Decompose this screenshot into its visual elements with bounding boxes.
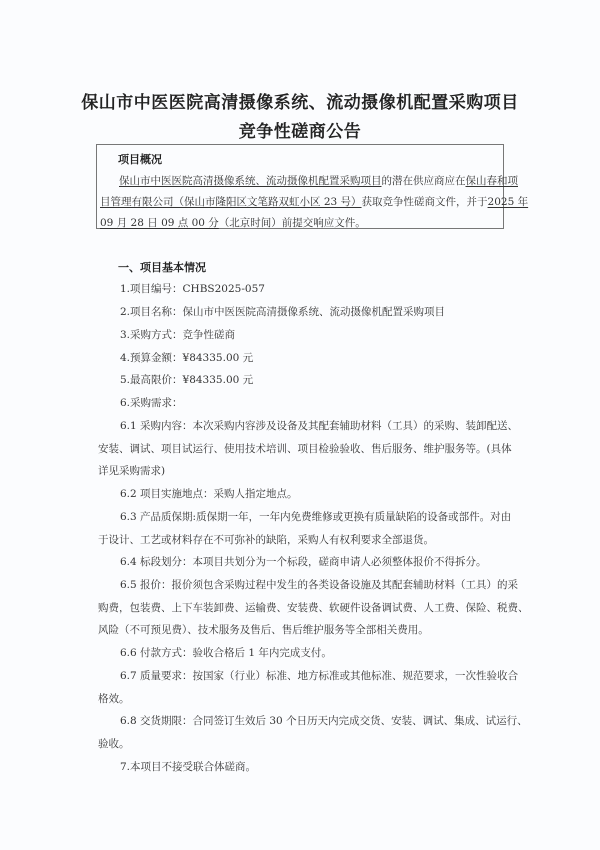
item-project-name: 2.项目名称：保山市中医医院高清摄像系统、流动摄像机配置采购项目 [120,304,445,319]
item-max-price: 5.最高限价：¥84335.00 元 [120,372,253,387]
agency-link: 保山春和项 [466,175,519,187]
req-6-2: 6.2 项目实施地点：采购人指定地点。 [120,486,298,501]
item-budget: 4.预算金额：¥84335.00 元 [120,350,253,365]
deadline-datetime: 09 月 28 日 09 点 00 分 [100,217,219,229]
req-6-5: 6.5 报价：报价须包含采购过程中发生的各类设备设施及其配套辅助材料（工具）的采 [120,577,518,592]
project-overview-box: 项目概况 保山市中医医院高清摄像系统、流动摄像机配置采购项目的潜在供应商应在保山… [96,144,504,229]
item-7: 7.本项目不接受联合体磋商。 [120,759,256,774]
req-6-1: 6.1 采购内容：本次采购内容涉及设备及其配套辅助材料（工具）的采购、装卸配送、 [120,418,518,433]
document-title: 保山市中医医院高清摄像系统、流动摄像机配置采购项目 [0,88,600,113]
overview-line-1: 保山市中医医院高清摄像系统、流动摄像机配置采购项目的潜在供应商应在保山春和项 [119,173,518,188]
item-requirements: 6.采购需求： [120,395,183,410]
req-6-8: 6.8 交货期限：合同签订生效后 30 个日历天内完成交货、安装、调试、集成、试… [120,713,528,728]
agency-address: 目管理有限公司（保山市隆阳区文笔路双虹小区 23 号） [100,196,362,208]
project-name-link: 保山市中医医院高清摄像系统、流动摄像机配置采购项目 [119,175,382,187]
section-heading-basic-info: 一、项目基本情况 [118,259,206,275]
item-procurement-method: 3.采购方式：竞争性磋商 [120,327,235,342]
overview-line-2: 目管理有限公司（保山市隆阳区文笔路双虹小区 23 号）获取竞争性磋商文件，并于2… [100,194,528,209]
deadline-year: 2025 年 [488,196,529,208]
req-6-6: 6.6 付款方式：验收合格后 1 年内完成支付。 [120,645,332,660]
overview-line-3: 09 月 28 日 09 点 00 分（北京时间）前提交响应文件。 [100,215,366,230]
overview-heading: 项目概况 [118,151,162,167]
document-subtitle: 竞争性磋商公告 [0,117,600,142]
req-6-7: 6.7 质量要求：按国家（行业）标准、地方标准或其他标准、规范要求，一次性验收合 [120,668,518,683]
announcement-page: 保山市中医医院高清摄像系统、流动摄像机配置采购项目 竞争性磋商公告 项目概况 保… [0,0,600,850]
req-6-3: 6.3 产品质保期:质保期一年，一年内免费维修或更换有质量缺陷的设备或部件。对由 [120,509,511,524]
item-project-number: 1.项目编号：CHBS2025-057 [120,281,265,296]
req-6-4: 6.4 标段划分：本项目共划分为一个标段，磋商申请人必须整体报价不得拆分。 [120,554,487,569]
